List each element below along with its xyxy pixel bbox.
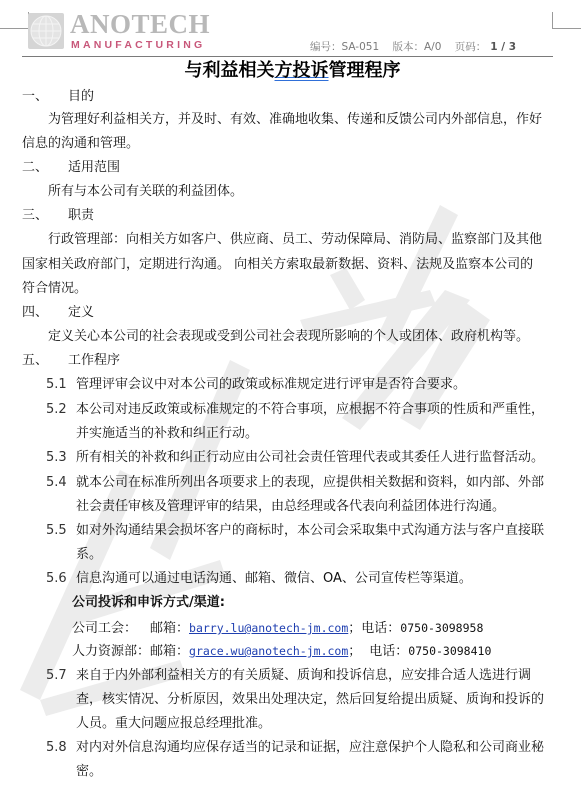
globe-icon <box>28 13 64 49</box>
email-link-hr[interactable]: grace.wu@anotech-jm.com <box>189 644 348 658</box>
list-item-5-4: 5.4就本公司在标准所列出各项要求上的表现，应提供相关数据和资料，如内部、外部 <box>46 474 544 492</box>
paragraph: 国家相关政府部门，定期进行沟通。 向相关方索取最新数据、资料、法规及监察本公司的 <box>22 256 533 274</box>
channels-heading: 公司投诉和申诉方式/渠道: <box>72 594 225 612</box>
item-text-continued: 社会责任审核及管理评审的结果，由总经理或各代表向利益团体进行沟通。 <box>76 498 505 516</box>
item-text-continued: 查，核实情况、分析原因，效果出处理决定，然后回复给提出质疑、质询和投诉的 <box>76 691 544 709</box>
phone-number: 0750-3098958 <box>400 621 483 635</box>
channel-row-hr: 人力资源部：邮箱：grace.wu@anotech-jm.com；电话：0750… <box>72 642 491 661</box>
separator: ； <box>348 644 361 659</box>
title-text: 管理程序 <box>329 60 401 81</box>
section-number: 二、 <box>22 159 48 177</box>
item-text: 如对外沟通结果会损坏客户的商标时，本公司会采取集中式沟通方法与客户直接联 <box>76 523 544 538</box>
item-number: 5.1 <box>46 376 76 394</box>
paragraph: 定义关心本公司的社会表现或受到公司社会表现所影响的个人或团体、政府机构等。 <box>48 328 529 346</box>
item-number: 5.3 <box>46 449 76 467</box>
paragraph: 所有与本公司有关联的利益团体。 <box>48 183 243 201</box>
page-title: 与利益相关方投诉管理程序 <box>0 58 585 84</box>
logo-subtitle: MANUFACTURING <box>71 39 205 51</box>
item-number: 5.8 <box>46 739 76 757</box>
section-title: 目的 <box>68 88 94 106</box>
separator: ； <box>348 621 361 636</box>
email-label: 邮箱： <box>150 644 189 659</box>
item-number: 5.5 <box>46 522 76 540</box>
document-version: 版本：A/0 <box>393 41 442 53</box>
document-header-info: 编号：SA-051 版本：A/0 页码：1 / 3 <box>310 39 516 54</box>
section-number: 四、 <box>22 304 48 322</box>
list-item-5-2: 5.2本公司对违反政策或标准规定的不符合事项，应根据不符合事项的性质和严重性， <box>46 401 544 419</box>
item-number: 5.4 <box>46 474 76 492</box>
item-number: 5.2 <box>46 401 76 419</box>
page-number: 1 / 3 <box>490 41 516 53</box>
item-text: 信息沟通可以通过电话沟通、邮箱、微信、OA、公司宣传栏等渠道。 <box>76 571 472 586</box>
phone-number: 0750-3098410 <box>408 644 491 658</box>
item-number: 5.6 <box>46 570 76 588</box>
section-number: 三、 <box>22 207 48 225</box>
item-text: 所有相关的补救和纠正行动应由公司社会责任管理代表或其委任人进行监督活动。 <box>76 450 544 465</box>
section-title: 职责 <box>68 207 94 225</box>
paragraph: 行政管理部：向相关方如客户、供应商、员工、劳动保障局、消防局、监察部门及其他 <box>48 231 542 249</box>
document-page: ANOTECH MANUFACTURING 编号：SA-051 版本：A/0 页… <box>0 0 585 809</box>
email-label: 邮箱： <box>150 621 189 636</box>
item-text: 管理评审会议中对本公司的政策或标准规定进行评审是否符合要求。 <box>76 377 466 392</box>
item-text: 来自于内外部利益相关方的有关质疑、质询和投诉信息，应安排合适人选进行调 <box>76 668 531 683</box>
list-item-5-8: 5.8对内对外信息沟通均应保存适当的记录和证据，应注意保护个人隐私和公司商业秘 <box>46 739 544 757</box>
list-item-5-7: 5.7来自于内外部利益相关方的有关质疑、质询和投诉信息，应安排合适人选进行调 <box>46 667 531 685</box>
corner-crop-mark <box>0 12 29 29</box>
list-item-5-6: 5.6信息沟通可以通过电话沟通、邮箱、微信、OA、公司宣传栏等渠道。 <box>46 570 472 588</box>
corner-crop-mark <box>552 12 581 29</box>
list-item-5-3: 5.3所有相关的补救和纠正行动应由公司社会责任管理代表或其委任人进行监督活动。 <box>46 449 544 467</box>
section-number: 一、 <box>22 88 48 106</box>
section-title: 适用范围 <box>68 159 120 177</box>
list-item-5-1: 5.1管理评审会议中对本公司的政策或标准规定进行评审是否符合要求。 <box>46 376 466 394</box>
title-text: 与利益相关 <box>185 60 275 81</box>
item-text: 本公司对违反政策或标准规定的不符合事项，应根据不符合事项的性质和严重性， <box>76 402 544 417</box>
title-text-underlined: 方投诉 <box>275 60 329 81</box>
phone-label: 电话： <box>369 644 408 659</box>
section-title: 定义 <box>68 304 94 322</box>
email-link-union[interactable]: barry.lu@anotech-jm.com <box>189 621 348 635</box>
channel-dept: 公司工会： <box>72 620 150 638</box>
channel-dept: 人力资源部： <box>72 643 150 661</box>
phone-label: 电话： <box>361 621 400 636</box>
item-text-continued: 人员。重大问题应报总经理批准。 <box>76 715 271 733</box>
item-text-continued: 密。 <box>76 763 102 781</box>
item-text-continued: 并实施适当的补救和纠正行动。 <box>76 425 258 443</box>
list-item-5-5: 5.5如对外沟通结果会损坏客户的商标时，本公司会采取集中式沟通方法与客户直接联 <box>46 522 544 540</box>
channel-row-union: 公司工会：邮箱：barry.lu@anotech-jm.com；电话：0750-… <box>72 619 483 638</box>
paragraph: 信息的沟通和管理。 <box>22 135 139 153</box>
page-number-label: 页码： <box>455 41 487 53</box>
item-text: 就本公司在标准所列出各项要求上的表现，应提供相关数据和资料，如内部、外部 <box>76 475 544 490</box>
item-text-continued: 系。 <box>76 546 102 564</box>
paragraph: 符合情况。 <box>22 280 87 298</box>
item-text: 对内对外信息沟通均应保存适当的记录和证据，应注意保护个人隐私和公司商业秘 <box>76 740 544 755</box>
document-number: 编号：SA-051 <box>310 41 379 53</box>
section-number: 五、 <box>22 352 48 370</box>
section-title: 工作程序 <box>68 352 120 370</box>
item-number: 5.7 <box>46 667 76 685</box>
company-logo: ANOTECH MANUFACTURING <box>28 11 208 51</box>
paragraph: 为管理好利益相关方，并及时、有效、准确地收集、传递和反馈公司内外部信息，作好 <box>48 111 542 129</box>
header-divider <box>22 56 553 57</box>
logo-name: ANOTECH <box>70 9 210 39</box>
